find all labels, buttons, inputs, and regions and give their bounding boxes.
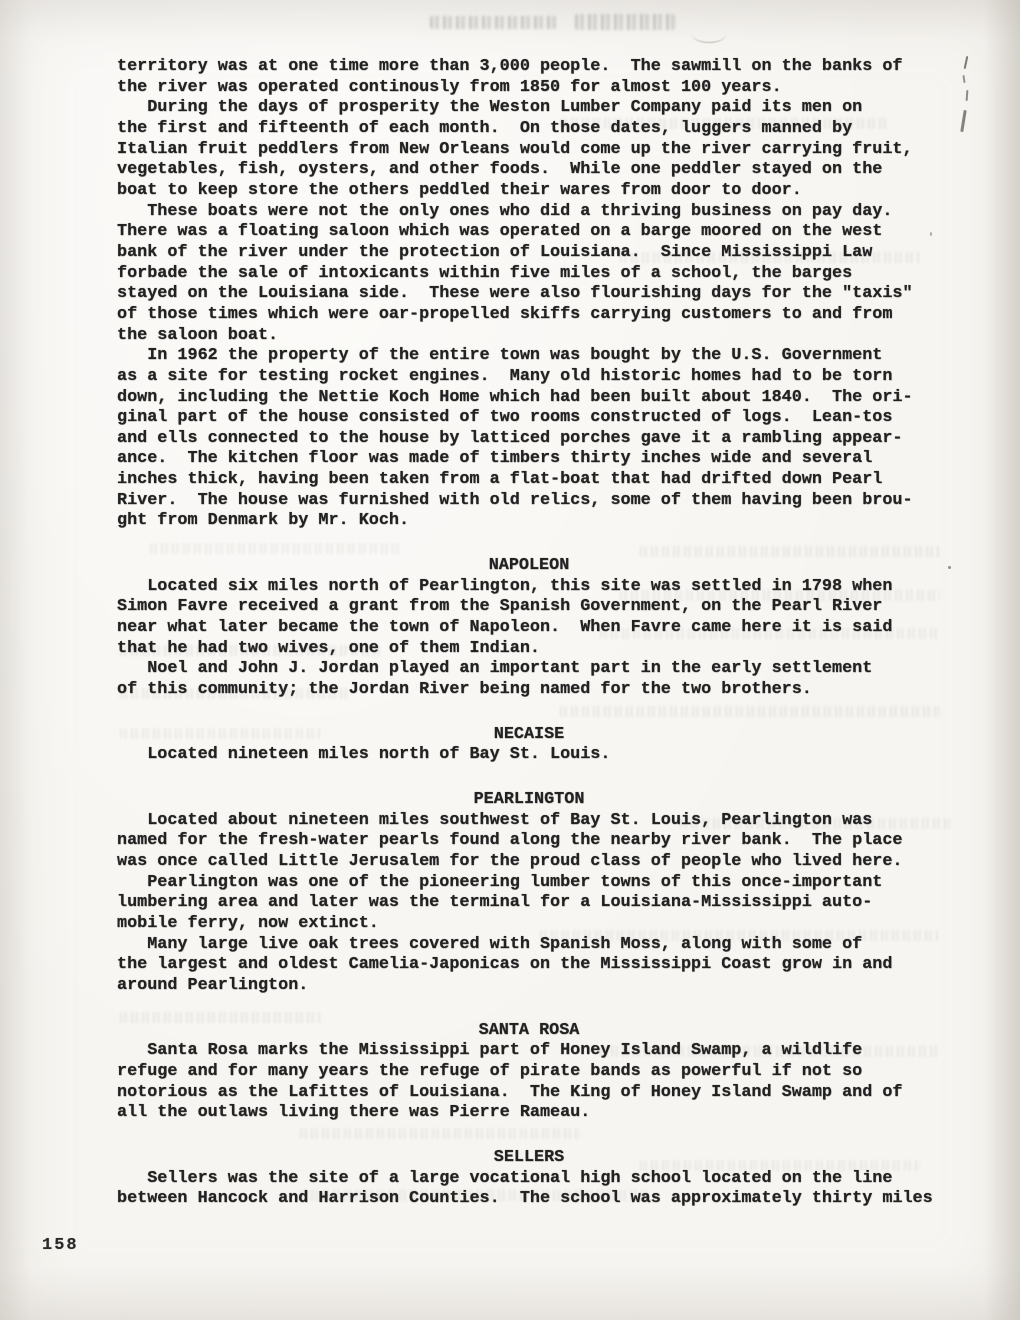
scan-crease-artifact — [692, 26, 726, 43]
text-line: Santa Rosa marks the Mississippi part of… — [117, 1041, 977, 1062]
text-line: mobile ferry, now extinct. — [117, 914, 977, 935]
text-line: ance. The kitchen floor was made of timb… — [117, 449, 977, 470]
section-heading: SELLERS — [117, 1148, 941, 1169]
section-heading: NECAISE — [117, 725, 941, 746]
paragraph: Located about nineteen miles southwest o… — [117, 811, 977, 873]
text-line: of this community; the Jordan River bein… — [117, 680, 977, 701]
scanned-page: territory was at one time more than 3,00… — [0, 0, 1020, 1320]
text-line: These boats were not the only ones who d… — [117, 202, 977, 223]
text-line: that he had two wives, one of them India… — [117, 639, 977, 660]
bleedthrough-smudge-artifact — [575, 14, 675, 30]
text-line: the saloon boat. — [117, 326, 977, 347]
section-heading: SANTA ROSA — [117, 1021, 941, 1042]
text-line: around Pearlington. — [117, 976, 977, 997]
bleedthrough-smudge-artifact — [430, 16, 560, 29]
paragraph: Noel and John J. Jordan played an import… — [117, 659, 977, 700]
text-line: the river was operated continously from … — [117, 78, 977, 99]
paragraph: During the days of prosperity the Weston… — [117, 98, 977, 201]
text-line: bank of the river under the protection o… — [117, 243, 977, 264]
text-line: inches thick, having been taken from a f… — [117, 470, 977, 491]
paragraph: Sellers was the site of a large vocation… — [117, 1169, 977, 1210]
paragraph: These boats were not the only ones who d… — [117, 202, 977, 347]
text-line: between Hancock and Harrison Counties. T… — [117, 1189, 977, 1210]
text-line: the first and fifteenth of each month. O… — [117, 119, 977, 140]
page-number: 158 — [42, 1236, 79, 1255]
text-line: ght from Denmark by Mr. Koch. — [117, 511, 977, 532]
text-line: During the days of prosperity the Weston… — [117, 98, 977, 119]
text-line: notorious as the Lafittes of Louisiana. … — [117, 1083, 977, 1104]
text-line: River. The house was furnished with old … — [117, 491, 977, 512]
text-line: of those times which were oar-propelled … — [117, 305, 977, 326]
text-line: territory was at one time more than 3,00… — [117, 57, 977, 78]
text-line: refuge and for many years the refuge of … — [117, 1062, 977, 1083]
text-line: There was a floating saloon which was op… — [117, 222, 977, 243]
text-line: Simon Favre received a grant from the Sp… — [117, 597, 977, 618]
text-line: ginal part of the house consisted of two… — [117, 408, 977, 429]
typewritten-text: territory was at one time more than 3,00… — [117, 57, 977, 1210]
text-line: stayed on the Louisiana side. These were… — [117, 284, 977, 305]
text-line: and ells connected to the house by latti… — [117, 429, 977, 450]
section-heading: PEARLINGTON — [117, 790, 941, 811]
paragraph: Located six miles north of Pearlington, … — [117, 577, 977, 660]
text-line: Noel and John J. Jordan played an import… — [117, 659, 977, 680]
text-line: was once called Little Jerusalem for the… — [117, 852, 977, 873]
text-line: lumbering area and later was the termina… — [117, 893, 977, 914]
text-line: vegetables, fish, oysters, and other foo… — [117, 160, 977, 181]
text-line: Sellers was the site of a large vocation… — [117, 1169, 977, 1190]
text-line: near what later became the town of Napol… — [117, 618, 977, 639]
text-line: all the outlaws living there was Pierre … — [117, 1103, 977, 1124]
paragraph: Pearlington was one of the pioneering lu… — [117, 873, 977, 935]
text-line: boat to keep store the others peddled th… — [117, 181, 977, 202]
text-line: Located six miles north of Pearlington, … — [117, 577, 977, 598]
paragraph: Located nineteen miles north of Bay St. … — [117, 745, 977, 766]
paragraph: Santa Rosa marks the Mississippi part of… — [117, 1041, 977, 1124]
paragraph: territory was at one time more than 3,00… — [117, 57, 977, 98]
text-line: the largest and oldest Camelia-Japonicas… — [117, 955, 977, 976]
paragraph: In 1962 the property of the entire town … — [117, 346, 977, 532]
text-line: Located about nineteen miles southwest o… — [117, 811, 977, 832]
text-line: Located nineteen miles north of Bay St. … — [117, 745, 977, 766]
text-line: forbade the sale of intoxicants within f… — [117, 264, 977, 285]
paragraph: Many large live oak trees covered with S… — [117, 935, 977, 997]
text-line: Many large live oak trees covered with S… — [117, 935, 977, 956]
text-line: Italian fruit peddlers from New Orleans … — [117, 140, 977, 161]
text-line: In 1962 the property of the entire town … — [117, 346, 977, 367]
text-line: down, including the Nettie Koch Home whi… — [117, 388, 977, 409]
text-line: named for the fresh-water pearls found a… — [117, 831, 977, 852]
section-heading: NAPOLEON — [117, 556, 941, 577]
text-line: Pearlington was one of the pioneering lu… — [117, 873, 977, 894]
text-line: as a site for testing rocket engines. Ma… — [117, 367, 977, 388]
